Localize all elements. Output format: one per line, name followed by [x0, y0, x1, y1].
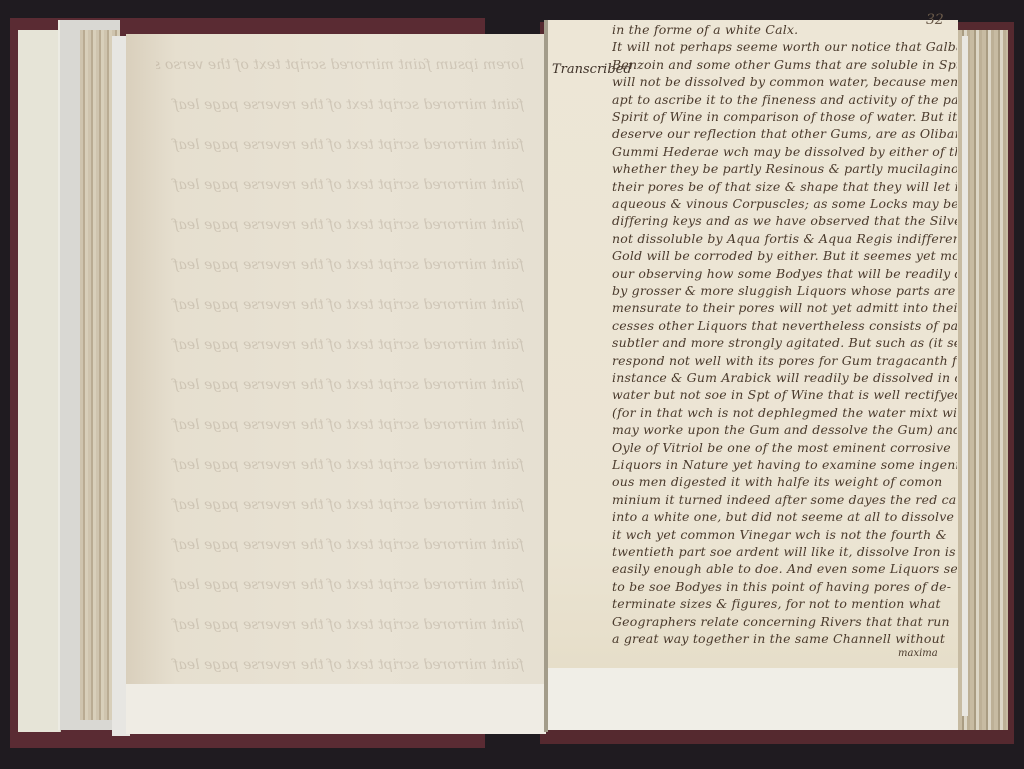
- guard-strip-right: [962, 36, 968, 716]
- manuscript-line: water but not soe in Spt of Wine that is…: [612, 387, 957, 402]
- manuscript-line: minium it turned indeed after some dayes…: [612, 492, 957, 507]
- bleed-through-text: faint mirrored script text of the revers…: [156, 294, 524, 316]
- manuscript-line: subtler and more strongly agitated. But …: [612, 335, 957, 350]
- manuscript-line: Gummi Hederae wch may be dissolved by ei…: [612, 144, 957, 159]
- left-page: lorem ipsum faint mirrored script text o…: [126, 34, 544, 684]
- bleed-through-text: faint mirrored script text of the revers…: [156, 134, 524, 156]
- manuscript-line: deserve our reflection that other Gums, …: [612, 126, 957, 141]
- bleed-through-text: faint mirrored script text of the revers…: [156, 574, 524, 596]
- manuscript-line: respond not well with its pores for Gum …: [612, 353, 957, 368]
- manuscript-line: may worke upon the Gum and dessolve the …: [612, 422, 957, 437]
- manuscript-line: Gold will be corroded by either. But it …: [612, 248, 957, 263]
- manuscript-line: Geographers relate concerning Rivers tha…: [612, 614, 957, 629]
- manuscript-line: by grosser & more sluggish Liquors whose…: [612, 283, 957, 298]
- bleed-through-text: faint mirrored script text of the revers…: [156, 414, 524, 436]
- bleed-through-text: lorem ipsum faint mirrored script text o…: [156, 54, 524, 76]
- bleed-through-text: faint mirrored script text of the revers…: [156, 174, 524, 196]
- manuscript-line: apt to ascribe it to the fineness and ac…: [612, 92, 957, 107]
- manuscript-line: in the forme of a white Calx.: [612, 22, 957, 37]
- manuscript-line: to be soe Bodyes in this point of having…: [612, 579, 957, 594]
- manuscript-line: It will not perhaps seeme worth our noti…: [612, 39, 957, 54]
- manuscript-line: it wch yet common Vinegar wch is not the…: [612, 527, 957, 542]
- manuscript-line: our observing how some Bodyes that will …: [612, 266, 957, 281]
- manuscript-line: terminate sizes & figures, for not to me…: [612, 596, 957, 611]
- manuscript-line: Spirit of Wine in comparison of those of…: [612, 109, 957, 124]
- manuscript-line: ous men digested it with halfe its weigh…: [612, 474, 957, 489]
- bleed-through-text: faint mirrored script text of the revers…: [156, 334, 524, 356]
- manuscript-line: aqueous & vinous Corpuscles; as some Loc…: [612, 196, 957, 211]
- manuscript-line: Benzoin and some other Gums that are sol…: [612, 57, 957, 72]
- flyleaf: [18, 30, 61, 732]
- manuscript-line: not dissoluble by Aqua fortis & Aqua Reg…: [612, 231, 957, 246]
- bleed-through-text: faint mirrored script text of the revers…: [156, 454, 524, 476]
- manuscript-line: will not be dissolved by common water, b…: [612, 74, 957, 89]
- manuscript-line: a great way together in the same Channel…: [612, 631, 957, 646]
- manuscript-line: cesses other Liquors that nevertheless c…: [612, 318, 957, 333]
- bleed-through-text: faint mirrored script text of the revers…: [156, 374, 524, 396]
- manuscript-line: (for in that wch is not dephlegmed the w…: [612, 405, 957, 420]
- manuscript-line: instance & Gum Arabick will readily be d…: [612, 370, 957, 385]
- manuscript-line: their pores be of that size & shape that…: [612, 179, 957, 194]
- manuscript-line: whether they be partly Resinous & partly…: [612, 161, 957, 176]
- bleed-through-text: faint mirrored script text of the revers…: [156, 654, 524, 676]
- manuscript-line: Oyle of Vitriol be one of the most emine…: [612, 440, 957, 455]
- bleed-through-text: faint mirrored script text of the revers…: [156, 94, 524, 116]
- bleed-through-text: faint mirrored script text of the revers…: [156, 614, 524, 636]
- bleed-through-text: faint mirrored script text of the revers…: [156, 534, 524, 556]
- bleed-through-text: faint mirrored script text of the revers…: [156, 254, 524, 276]
- bleed-through-text: faint mirrored script text of the revers…: [156, 214, 524, 236]
- manuscript-line: easily enough able to doe. And even some…: [612, 561, 957, 576]
- bleed-through-text: faint mirrored script text of the revers…: [156, 494, 524, 516]
- manuscript-line: Liquors in Nature yet having to examine …: [612, 457, 957, 472]
- manuscript-line: differing keys and as we have observed t…: [612, 213, 957, 228]
- catchword: maxima: [898, 648, 938, 659]
- manuscript-line: mensurate to their pores will not yet ad…: [612, 300, 957, 315]
- manuscript-line: twentieth part soe ardent will like it, …: [612, 544, 957, 559]
- manuscript-line: into a white one, but did not seeme at a…: [612, 509, 957, 524]
